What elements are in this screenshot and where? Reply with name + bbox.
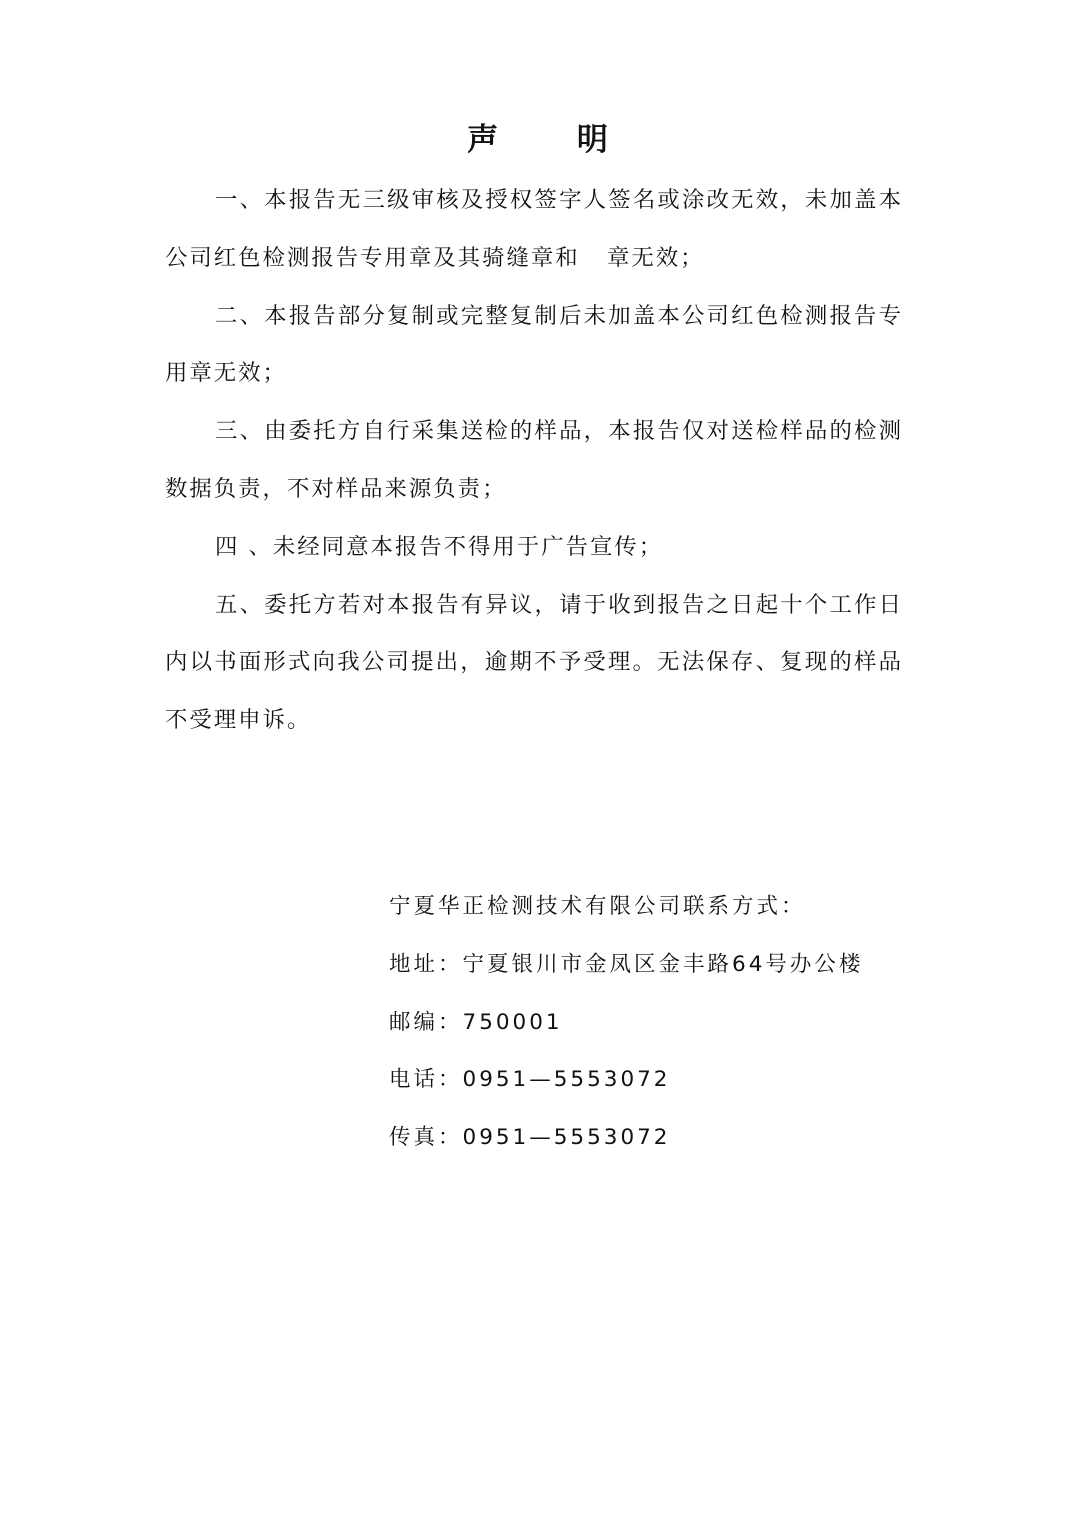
postcode-value: 750001 <box>463 1010 563 1035</box>
phone-label: 电话： <box>389 1067 463 1092</box>
clause-1-text-a: 一、本报告无三级审核及授权签字人签名或涂改无效，未加盖本公司红色检测报告专用章及… <box>165 187 903 271</box>
clause-3: 三、由委托方自行采集送检的样品，本报告仅对送检样品的检测数据负责，不对样品来源负… <box>165 403 903 519</box>
contact-address: 地址：宁夏银川市金凤区金丰路64号办公楼 <box>389 936 909 994</box>
address-value: 宁夏银川市金凤区金丰路64号办公楼 <box>463 952 864 977</box>
page-title: 声 明 <box>0 118 1075 162</box>
fax-value: 0951—5553072 <box>463 1125 671 1150</box>
contact-heading: 宁夏华正检测技术有限公司联系方式： <box>389 878 909 936</box>
clause-1: 一、本报告无三级审核及授权签字人签名或涂改无效，未加盖本公司红色检测报告专用章及… <box>165 172 903 288</box>
contact-block: 宁夏华正检测技术有限公司联系方式： 地址：宁夏银川市金凤区金丰路64号办公楼 邮… <box>389 878 909 1167</box>
postcode-label: 邮编： <box>389 1010 463 1035</box>
address-label: 地址： <box>389 952 463 977</box>
clause-2: 二、本报告部分复制或完整复制后未加盖本公司红色检测报告专用章无效； <box>165 288 903 404</box>
contact-fax: 传真：0951—5553072 <box>389 1109 909 1167</box>
fax-label: 传真： <box>389 1125 463 1150</box>
contact-phone: 电话：0951—5553072 <box>389 1051 909 1109</box>
clause-4: 四 、未经同意本报告不得用于广告宣传； <box>165 519 903 577</box>
phone-value: 0951—5553072 <box>463 1067 671 1092</box>
document-page: 声 明 一、本报告无三级审核及授权签字人签名或涂改无效，未加盖本公司红色检测报告… <box>0 0 1075 1521</box>
declaration-clauses: 一、本报告无三级审核及授权签字人签名或涂改无效，未加盖本公司红色检测报告专用章及… <box>165 172 903 750</box>
contact-postcode: 邮编：750001 <box>389 994 909 1052</box>
clause-1-blank <box>580 245 607 271</box>
clause-1-text-b: 章无效； <box>607 245 705 271</box>
clause-5: 五、委托方若对本报告有异议，请于收到报告之日起十个工作日内以书面形式向我公司提出… <box>165 577 903 750</box>
